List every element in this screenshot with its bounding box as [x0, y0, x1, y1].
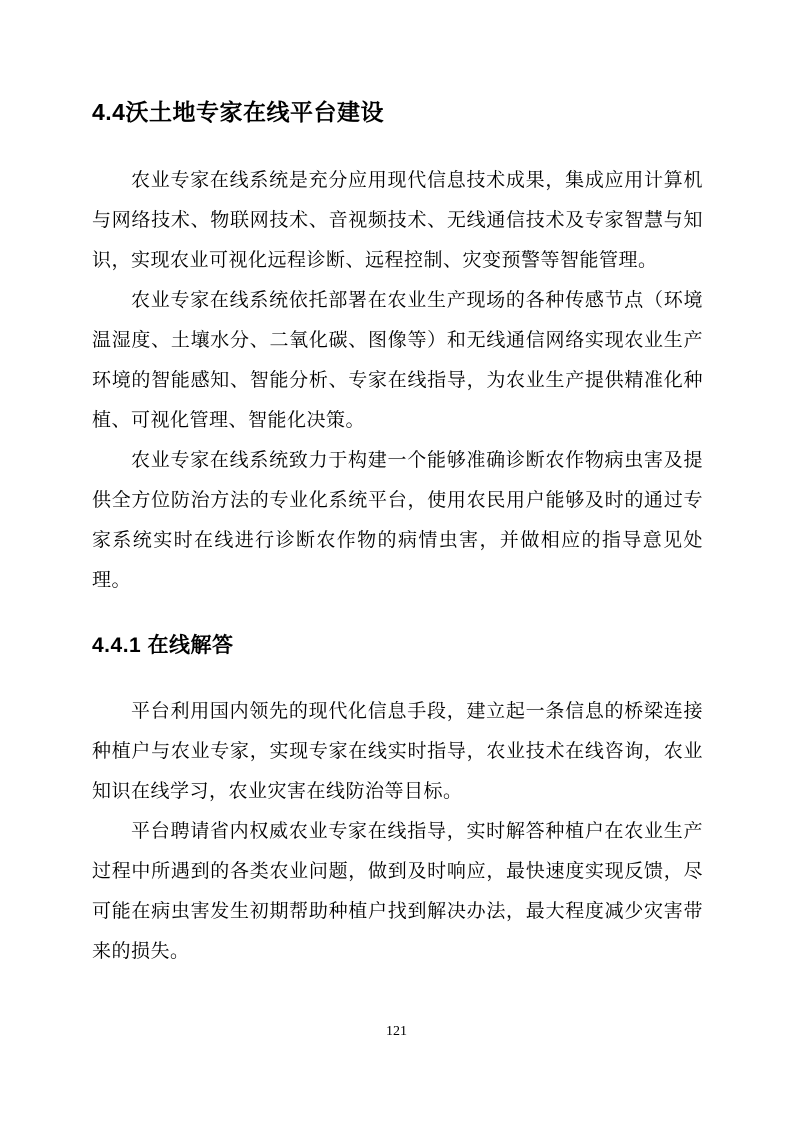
paragraph: 农业专家在线系统是充分应用现代信息技术成果，集成应用计算机与网络技术、物联网技术…	[92, 161, 703, 281]
subsection-heading: 4.4.1 在线解答	[92, 632, 703, 659]
section-heading: 4.4沃土地专家在线平台建设	[92, 97, 703, 127]
paragraph: 农业专家在线系统依托部署在农业生产现场的各种传感节点（环境温湿度、土壤水分、二氧…	[92, 281, 703, 441]
page-number: 121	[386, 1023, 407, 1041]
document-page: 4.4沃土地专家在线平台建设 农业专家在线系统是充分应用现代信息技术成果，集成应…	[0, 0, 793, 1122]
paragraph: 农业专家在线系统致力于构建一个能够准确诊断农作物病虫害及提供全方位防治方法的专业…	[92, 441, 703, 601]
paragraph: 平台利用国内领先的现代化信息手段，建立起一条信息的桥梁连接种植户与农业专家，实现…	[92, 692, 703, 812]
paragraph: 平台聘请省内权威农业专家在线指导，实时解答种植户在农业生产过程中所遇到的各类农业…	[92, 812, 703, 972]
page-footer: 121	[0, 1022, 793, 1041]
